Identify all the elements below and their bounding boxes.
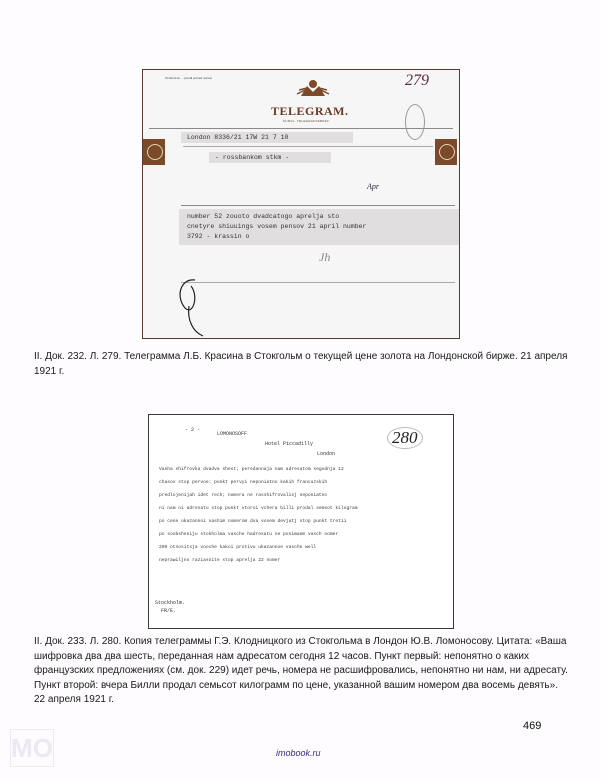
site-link[interactable]: imobook.ru — [276, 748, 321, 758]
telegram-image-1: Ombord de ... (small printed notice) TEL… — [142, 69, 460, 339]
postage-stamp-right-icon — [435, 139, 457, 165]
telegram-body: number 52 zouoto dvadcatogo aprelja sto … — [179, 209, 460, 245]
telegram-header-note: Ombord de ... (small printed notice) — [165, 76, 235, 80]
letter-line: po cene ukazannoi vashim nomerom dva vos… — [159, 519, 346, 524]
letter-line: chasov stop pervoe: punkt pervyi neponia… — [159, 480, 327, 485]
crown-crest-icon — [293, 78, 333, 98]
handwritten-initials: Jh — [319, 250, 330, 265]
telegram-subtitle: KUNGL. TELEGRAFVERKET. — [283, 119, 330, 123]
letter-line: 209 otnositsja vooche kakoi protivu ukaz… — [159, 545, 316, 550]
letter-line: predlojenijah idet rech; nomera ne rassh… — [159, 493, 327, 498]
telegram-body-line: number 52 zouoto dvadcatogo aprelja sto — [187, 212, 455, 222]
divider — [181, 205, 455, 206]
signature-initials: FR/E. — [161, 608, 176, 614]
divider — [183, 146, 433, 147]
caption-doc-233: II. Док. 233. Л. 280. Копия телеграммы Г… — [34, 635, 568, 708]
postage-stamp-left-icon — [143, 139, 165, 165]
letter-line: neprawiljno raziasnite stop aprelja 22 n… — [159, 558, 280, 563]
handwritten-number: 279 — [405, 72, 429, 90]
telegram-body-line: cnetyre shiuuings vosem pensov 21 april … — [187, 222, 455, 232]
archive-number-mark: 280 — [387, 427, 423, 449]
telegram-title: TELEGRAM. — [271, 104, 349, 119]
publisher-logo-icon: MO — [10, 729, 54, 767]
signature-place: Stockholm. — [155, 600, 185, 606]
letter-line: Vasha shifrovka dvadva shest; peredannaj… — [159, 467, 344, 472]
page-mark: - 2 - — [185, 427, 200, 433]
letter-line: ni nam ni adresatu stop punkt vtoroi vch… — [159, 506, 357, 511]
handwritten-apr-mark: Apr — [367, 182, 379, 191]
signature-icon — [173, 276, 213, 338]
divider — [181, 282, 455, 283]
handwritten-circle-mark — [405, 104, 425, 140]
telegram-addressee-line: - rossbankom stkm - — [209, 152, 331, 163]
telegram-route-line: London 8336/21 17W 21 7 10 — [181, 132, 353, 143]
telegram-body-line: 3792 - krassin o — [187, 232, 455, 242]
letter-line: po soobsheniju stokholma vasche hadresat… — [159, 532, 338, 537]
telegram-copy-image-2: - 2 - LOMONOSOFF Hotel Piccadilly London… — [148, 414, 454, 629]
recipient-name: LOMONOSOFF — [217, 431, 247, 437]
caption-doc-232: II. Док. 232. Л. 279. Телеграмма Л.Б. Кр… — [34, 350, 568, 379]
city-name: London — [317, 451, 335, 457]
hotel-name: Hotel Piccadilly — [265, 441, 313, 447]
page-number: 469 — [523, 720, 541, 732]
